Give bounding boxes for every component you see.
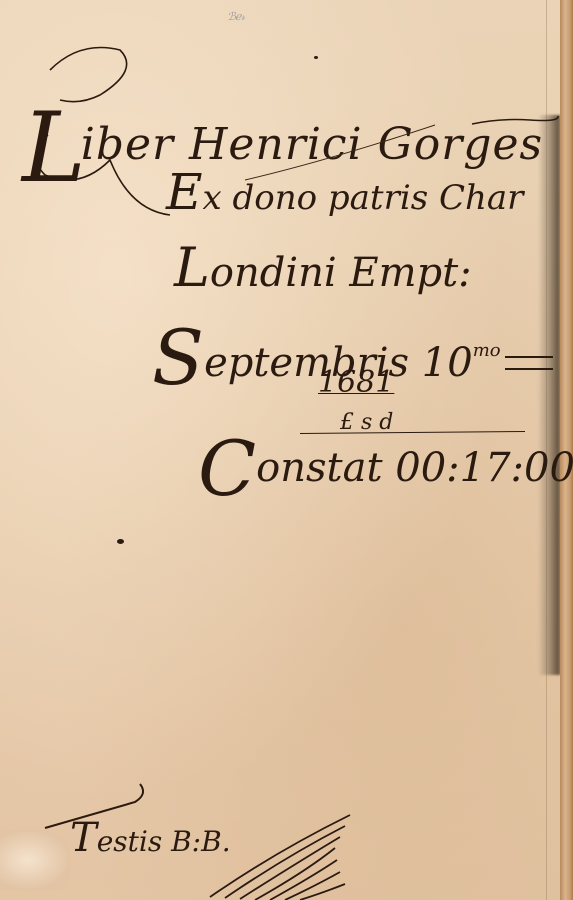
line-text: onstat 00:17:00 [256, 445, 573, 491]
pen-trial-hatching [205, 812, 355, 900]
line-text: ondini Empt: [210, 250, 472, 296]
spine-stain [538, 115, 562, 675]
inscription-line-purchase: Londini Empt: [174, 236, 472, 299]
ordinal-superscript: mo [473, 340, 501, 361]
capital-flourish [20, 40, 180, 240]
library-stamp: ℬℯ𝓇 [227, 10, 246, 24]
initial-capital: C [198, 424, 256, 513]
flourish [470, 108, 560, 128]
initial-capital: S [152, 313, 204, 402]
crossing-stroke [240, 120, 440, 190]
inscription-line-cost: Constat 00:17:00 [198, 410, 573, 499]
ink-dot [314, 56, 318, 59]
paper-repair [0, 830, 70, 890]
inscription-line-year: 1681 [318, 365, 394, 400]
double-underline [505, 356, 553, 370]
initial-capital: E [166, 163, 203, 221]
ink-blot [117, 539, 124, 544]
witness-flourish [40, 782, 150, 832]
manuscript-page: ℬℯ𝓇 Liber Henrici Gorges Ex dono patris … [0, 0, 573, 900]
initial-capital: L [174, 236, 210, 299]
